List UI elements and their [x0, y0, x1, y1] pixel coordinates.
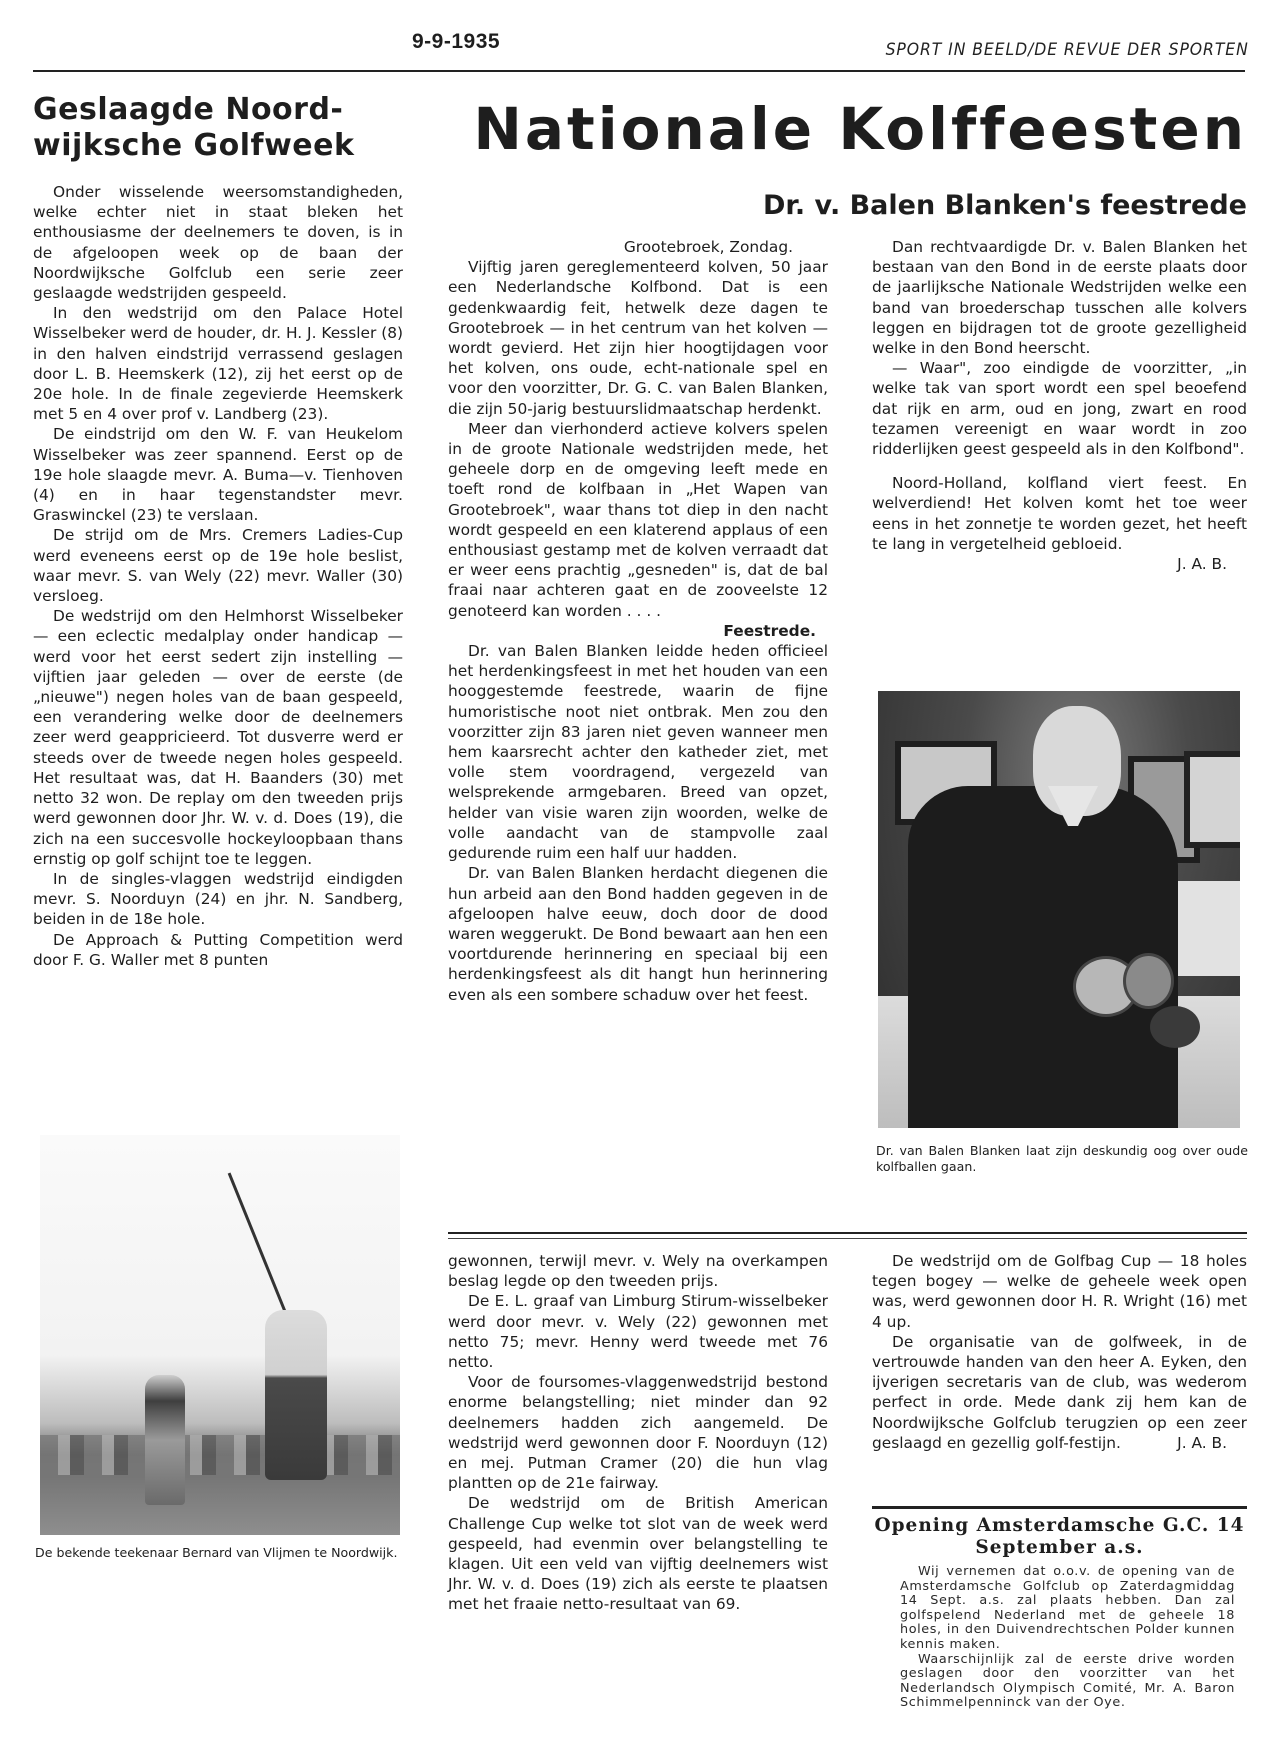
paragraph: Onder wisselende weersomstandigheden, we…	[33, 182, 403, 303]
paragraph: De eindstrijd om den W. F. van Heukelom …	[33, 424, 403, 525]
paragraph: In den wedstrijd om den Palace Hotel Wis…	[33, 303, 403, 424]
notice-headline: Opening Amsterdamsche G.C. 14 September …	[872, 1515, 1247, 1559]
paragraph: Waarschijnlijk zal de eerste drive worde…	[900, 1653, 1235, 1711]
kolf-headline: Nationale Kolffeesten	[447, 96, 1247, 162]
golfer-photo	[40, 1135, 400, 1535]
paragraph: De organisatie van de golfweek, in de ve…	[872, 1332, 1247, 1453]
masthead-rule	[33, 70, 1245, 72]
golfweek-continued-column-1: gewonnen, terwijl mevr. v. Wely na overk…	[448, 1251, 828, 1615]
golfweek-body: Onder wisselende weersomstandigheden, we…	[33, 182, 403, 970]
issue-date: 9-9-1935	[412, 30, 500, 54]
portrait-photo-caption: Dr. van Balen Blanken laat zijn deskundi…	[876, 1143, 1248, 1175]
golfweek-continued-column-2: De wedstrijd om de Golfbag Cup — 18 hole…	[872, 1251, 1247, 1453]
paragraph: De strijd om de Mrs. Cremers Ladies-Cup …	[33, 525, 403, 606]
kolf-body-column-1: Grootebroek, Zondag. Vijftig jaren gereg…	[448, 237, 828, 1005]
paragraph: — Waar", zoo eindigde de voorzitter, „in…	[872, 358, 1247, 459]
kolfbal-shape	[1123, 953, 1174, 1009]
section-divider	[448, 1232, 1247, 1239]
paragraph: De wedstrijd om de British American Chal…	[448, 1493, 828, 1614]
golfer-photo-caption: De bekende teekenaar Bernard van Vlijmen…	[35, 1545, 400, 1561]
golfweek-headline: Geslaagde Noord-wijksche Golfweek	[33, 92, 403, 164]
kolf-body-column-2: Dan rechtvaardigde Dr. v. Balen Blanken …	[872, 237, 1247, 574]
paragraph: In de singles-vlaggen wedstrijd eindigde…	[33, 869, 403, 930]
wall-frame-shape	[1184, 751, 1240, 848]
dateline: Grootebroek, Zondag.	[448, 237, 828, 257]
publication-name: SPORT IN BEELD/DE REVUE DER SPORTEN	[886, 40, 1249, 60]
paragraph: Noord-Holland, kolfland viert feest. En …	[872, 473, 1247, 554]
kolf-subheadline: Dr. v. Balen Blanken's feestrede	[600, 190, 1247, 222]
paragraph: Meer dan vierhonderd actieve kolvers spe…	[448, 419, 828, 621]
notice-box-rule	[872, 1506, 1247, 1509]
paragraph: De E. L. graaf van Limburg Stirum-wissel…	[448, 1291, 828, 1372]
paragraph: De Approach & Putting Competition werd d…	[33, 930, 403, 970]
paragraph: Dr. van Balen Blanken herdacht diegenen …	[448, 863, 828, 1004]
section-title: Feestrede.	[448, 621, 828, 641]
signature: J. A. B.	[1157, 1433, 1247, 1453]
signature: J. A. B.	[872, 554, 1247, 574]
paragraph: De wedstrijd om de Golfbag Cup — 18 hole…	[872, 1251, 1247, 1332]
spectator-shape	[145, 1375, 185, 1505]
portrait-photo	[878, 691, 1240, 1128]
paragraph: Voor de foursomes-vlaggenwedstrijd besto…	[448, 1372, 828, 1493]
crowd-shape	[40, 1435, 400, 1475]
paragraph: De wedstrijd om den Helmhorst Wisselbeke…	[33, 606, 403, 869]
paragraph: Dr. van Balen Blanken leidde heden offic…	[448, 641, 828, 863]
notice-body: Wij vernemen dat o.o.v. de opening van d…	[900, 1565, 1235, 1711]
paragraph: Vijftig jaren gereglementeerd kolven, 50…	[448, 257, 828, 419]
paragraph: Wij vernemen dat o.o.v. de opening van d…	[900, 1565, 1235, 1653]
paragraph: gewonnen, terwijl mevr. v. Wely na overk…	[448, 1251, 828, 1291]
golfer-figure-shape	[265, 1310, 327, 1480]
paragraph: Dan rechtvaardigde Dr. v. Balen Blanken …	[872, 237, 1247, 358]
kolfbal-shape	[1150, 1006, 1200, 1048]
